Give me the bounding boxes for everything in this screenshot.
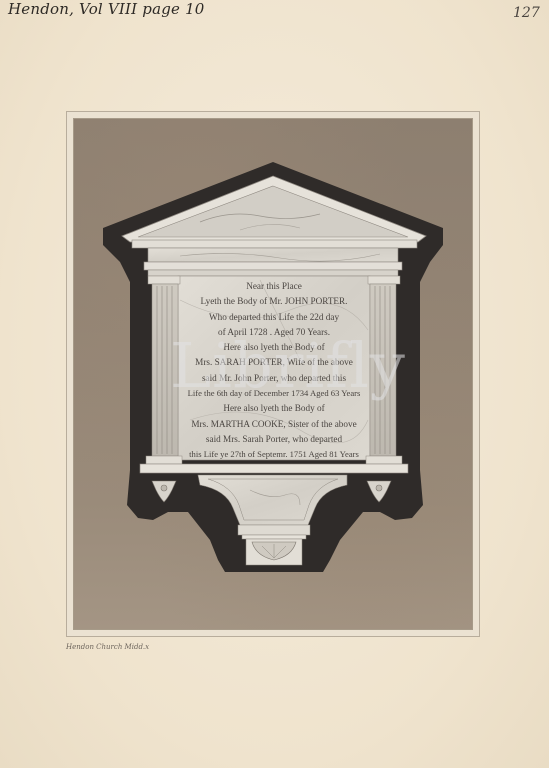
plate-caption: Hendon Church Midd.x xyxy=(66,643,149,651)
watermark: Librifly xyxy=(170,335,406,397)
inscription-line: Near this Place xyxy=(181,279,367,294)
inscription-line: this Life ye 27th of Septemr. 1751 Aged … xyxy=(181,447,367,462)
shell-ornament xyxy=(246,539,302,565)
entablature xyxy=(144,248,402,276)
base-ledge xyxy=(140,464,408,473)
inscription-line: Mrs. MARTHA COOKE, Sister of the above xyxy=(181,417,367,432)
inscription-line: Here also lyeth the Body of xyxy=(181,401,367,416)
inscription-line: Who departed this Life the 22d day xyxy=(181,310,367,325)
inscription-line: said Mrs. Sarah Porter, who departed xyxy=(181,432,367,447)
inscription-line: Lyeth the Body of Mr. JOHN PORTER. xyxy=(181,294,367,309)
